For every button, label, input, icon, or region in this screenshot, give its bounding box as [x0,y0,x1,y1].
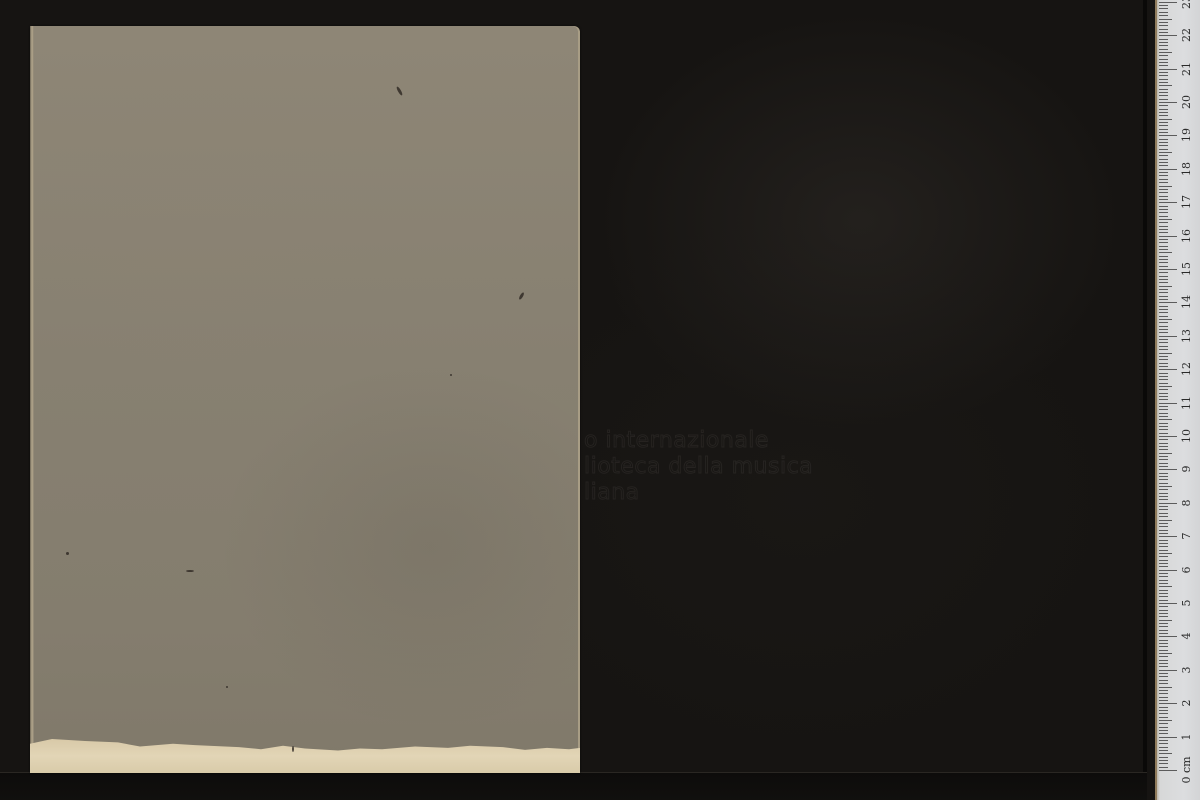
ruler-tick [1159,409,1168,410]
ruler-tick [1159,336,1177,337]
ruler-tick [1159,727,1168,728]
ruler-tick [1159,236,1177,237]
ruler-tick [1159,202,1177,203]
ruler-tick [1159,65,1168,66]
ruler-tick [1159,75,1168,76]
ruler-tick [1159,683,1168,684]
ruler-tick [1159,553,1172,554]
ruler-tick [1159,717,1168,718]
ruler-tick [1159,149,1168,150]
ruler-tick [1159,256,1168,257]
ruler-tick [1159,620,1172,621]
ruler-tick [1159,125,1168,126]
ruler-tick [1159,122,1168,123]
ruler-tick [1159,322,1168,323]
ruler-label: 16 [1181,224,1193,248]
ruler-tick [1159,516,1168,517]
ruler-tick [1159,169,1177,170]
ruler-tick [1159,342,1168,343]
ruler-tick [1159,439,1168,440]
ruler-tick [1159,212,1168,213]
ruler-tick [1159,663,1168,664]
ruler-tick [1159,770,1177,771]
ruler-tick [1159,643,1168,644]
ruler-label: 18 [1181,157,1193,181]
ruler-tick [1159,266,1168,267]
ruler-tick [1159,296,1168,297]
ruler-tick [1159,550,1168,551]
ruler-tick [1159,697,1168,698]
ruler-tick [1159,623,1168,624]
ruler-tick [1159,666,1168,667]
ruler-tick [1159,613,1168,614]
ruler-tick [1159,72,1168,73]
ruler-tick [1159,757,1168,758]
ruler-tick [1159,479,1168,480]
watermark-line-1: o internazionale [584,428,769,453]
ruler-tick [1159,383,1168,384]
ruler-tick [1159,145,1168,146]
ruler-tick [1159,513,1168,514]
ruler-tick [1159,503,1177,504]
ruler-tick [1159,610,1168,611]
ruler-tick [1159,286,1172,287]
ruler-tick [1159,540,1168,541]
ruler-tick [1159,743,1168,744]
ruler-tick [1159,489,1168,490]
ruler-tick [1159,59,1168,60]
ruler-tick [1159,142,1168,143]
watermark-line-3: liana [584,480,640,505]
ruler-label: 1 [1181,725,1193,749]
ruler-tick [1159,506,1168,507]
ruler-label: 0 cm [1181,750,1193,790]
ruler-tick [1159,35,1177,36]
ruler-tick [1159,459,1168,460]
ruler-tick [1159,329,1168,330]
ruler-tick [1159,356,1168,357]
ruler-label: 20 [1181,90,1193,114]
ruler-tick [1159,590,1168,591]
ruler-tick [1159,85,1172,86]
ruler-tick [1159,396,1168,397]
ruler-tick [1159,583,1168,584]
ruler-tick [1159,196,1168,197]
ruler-tick [1159,82,1168,83]
ruler-tick [1159,52,1172,53]
ruler-tick [1159,423,1168,424]
ruler-tick [1159,306,1168,307]
ruler-tick [1159,332,1168,333]
ruler-tick [1159,416,1168,417]
ruler-tick [1159,483,1168,484]
ruler-tick [1159,393,1168,394]
ruler-tick [1159,92,1168,93]
ruler-tick [1159,526,1168,527]
paper-fleck [292,746,294,752]
paper-sheet [30,26,580,773]
ruler-tick [1159,182,1168,183]
ruler-tick [1159,680,1168,681]
ruler-tick [1159,419,1172,420]
ruler-tick [1159,429,1168,430]
ruler-tick [1159,339,1168,340]
ruler-tick [1159,15,1168,16]
ruler-tick [1159,737,1177,738]
ruler-tick [1159,276,1168,277]
watermark: o internazionale lioteca della musica li… [584,428,813,506]
ruler-tick [1159,95,1168,96]
ruler-tick [1159,159,1168,160]
ruler-tick [1159,406,1168,407]
ruler-tick [1159,162,1168,163]
ruler-tick [1159,740,1168,741]
ruler-tick [1159,747,1168,748]
ruler-tick [1159,463,1168,464]
ruler-label: 23 [1181,0,1193,14]
ruler-tick [1159,690,1168,691]
ruler-tick [1159,206,1168,207]
ruler-tick [1159,730,1168,731]
ruler-tick [1159,229,1168,230]
ruler-tick [1159,560,1168,561]
ruler-tick [1159,707,1168,708]
ruler-label: 14 [1181,290,1193,314]
ruler-tick [1159,216,1168,217]
ruler-tick [1159,232,1168,233]
paper-fleck [226,686,228,688]
ruler-label: 4 [1181,624,1193,648]
ruler-tick [1159,720,1172,721]
ruler-tick [1159,673,1168,674]
ruler-tick [1159,449,1168,450]
ruler-tick [1159,413,1168,414]
ruler-tick [1159,570,1177,571]
paper-fleck [450,374,452,376]
ruler-tick [1159,119,1172,120]
ruler-label: 7 [1181,524,1193,548]
ruler-tick [1159,476,1168,477]
ruler-tick [1159,600,1168,601]
ruler-tick [1159,713,1168,714]
ruler-tick [1159,523,1168,524]
ruler-tick [1159,282,1168,283]
ruler-tick [1159,12,1168,13]
ruler-tick [1159,566,1168,567]
paper-bottom-cream-strip [30,739,580,773]
ruler-tick [1159,767,1168,768]
ruler-label: 10 [1181,424,1193,448]
ruler-tick [1159,636,1177,637]
ruler-tick [1159,199,1168,200]
ruler-tick [1159,576,1168,577]
ruler-tick [1159,533,1168,534]
ruler-tick [1159,640,1168,641]
ruler-label: 19 [1181,123,1193,147]
ruler-tick [1159,189,1168,190]
ruler-tick [1159,723,1168,724]
ruler-tick [1159,606,1168,607]
frame-edge-bottom [0,772,1147,800]
ruler-tick [1159,269,1177,270]
ruler-label: 15 [1181,257,1193,281]
ruler-tick [1159,536,1177,537]
ruler-tick [1159,8,1168,9]
ruler-tick [1159,109,1168,110]
ruler-tick [1159,556,1168,557]
ruler-label: 12 [1181,357,1193,381]
ruler-tick [1159,299,1168,300]
ruler-label: 11 [1181,391,1193,415]
paper-fleck [396,86,404,96]
ruler-tick [1159,446,1168,447]
ruler-tick [1159,302,1177,303]
ruler-tick [1159,676,1168,677]
ruler-tick [1159,466,1168,467]
ruler-tick [1159,703,1177,704]
ruler-tick [1159,319,1172,320]
ruler-tick [1159,135,1177,136]
ruler-tick [1159,19,1172,20]
ruler-tick [1159,316,1168,317]
ruler-tick [1159,79,1168,80]
ruler-tick [1159,750,1168,751]
ruler-tick [1159,115,1168,116]
frame-edge-right [1143,0,1147,775]
ruler-tick [1159,486,1172,487]
ruler-tick [1159,687,1172,688]
ruler-tick [1159,292,1168,293]
ruler-tick [1159,509,1168,510]
ruler-label: 8 [1181,491,1193,515]
ruler-tick [1159,262,1168,263]
ruler-tick [1159,760,1168,761]
ruler-tick [1159,259,1168,260]
ruler-tick [1159,386,1172,387]
ruler-tick [1159,346,1168,347]
ruler-tick [1159,242,1168,243]
ruler-tick [1159,89,1168,90]
ruler-tick [1159,453,1172,454]
ruler-tick [1159,763,1168,764]
paper-fleck [66,552,69,555]
centimetre-ruler: 0 cm123456789101112131415161718192021222… [1155,0,1200,800]
ruler-label: 2 [1181,691,1193,715]
ruler-tick [1159,249,1168,250]
ruler-tick [1159,650,1168,651]
ruler-tick [1159,633,1168,634]
ruler-tick [1159,165,1168,166]
paper-fleck [186,570,194,572]
ruler-tick [1159,693,1168,694]
ruler-tick [1159,272,1168,273]
ruler-tick [1159,29,1168,30]
ruler-label: 9 [1181,457,1193,481]
ruler-tick [1159,49,1168,50]
ruler-tick [1159,753,1172,754]
ruler-tick [1159,42,1168,43]
ruler-tick [1159,172,1168,173]
ruler-tick [1159,653,1172,654]
ruler-tick [1159,179,1168,180]
ruler-tick [1159,239,1168,240]
ruler-tick [1159,246,1168,247]
ruler-tick [1159,192,1168,193]
ruler-label: 22 [1181,23,1193,47]
ruler-tick [1159,630,1168,631]
ruler-tick [1159,373,1168,374]
ruler-tick [1159,473,1168,474]
ruler-tick [1159,55,1168,56]
ruler-tick [1159,369,1177,370]
ruler-tick [1159,520,1172,521]
ruler-tick [1159,25,1168,26]
watermark-line-2: lioteca della musica [584,454,813,479]
ruler-tick [1159,399,1168,400]
ruler-tick [1159,646,1168,647]
ruler-tick [1159,656,1168,657]
ruler-tick [1159,222,1168,223]
ruler-tick [1159,139,1168,140]
ruler-tick [1159,312,1168,313]
ruler-tick [1159,226,1168,227]
ruler-tick [1159,710,1168,711]
ruler-tick [1159,326,1168,327]
ruler-label: 3 [1181,658,1193,682]
paper-fleck [518,292,525,300]
ruler-tick [1159,366,1168,367]
ruler-tick [1159,129,1168,130]
ruler-tick [1159,596,1168,597]
ruler-tick [1159,69,1177,70]
ruler-tick [1159,660,1168,661]
ruler-tick [1159,563,1168,564]
ruler-tick [1159,469,1177,470]
ruler-tick [1159,175,1168,176]
ruler-tick [1159,209,1168,210]
ruler-label: 17 [1181,190,1193,214]
ruler-tick [1159,359,1168,360]
ruler-tick [1159,616,1168,617]
ruler-tick [1159,580,1168,581]
ruler-tick [1159,456,1168,457]
ruler-tick [1159,5,1168,6]
ruler-tick [1159,279,1168,280]
ruler-tick [1159,219,1172,220]
ruler-tick [1159,733,1168,734]
ruler-label: 6 [1181,558,1193,582]
ruler-tick [1159,433,1168,434]
ruler-tick [1159,353,1172,354]
ruler-tick [1159,62,1168,63]
ruler-tick [1159,363,1168,364]
ruler-label: 5 [1181,591,1193,615]
ruler-tick [1159,379,1168,380]
paper-left-edge [30,26,34,773]
ruler-tick [1159,436,1177,437]
ruler-tick [1159,543,1168,544]
ruler-tick [1159,603,1177,604]
ruler-tick [1159,700,1168,701]
ruler-tick [1159,496,1168,497]
ruler-tick [1159,252,1172,253]
ruler-tick [1159,546,1168,547]
ruler-tick [1159,102,1177,103]
ruler-tick [1159,99,1168,100]
ruler-tick [1159,32,1168,33]
ruler-tick [1159,426,1168,427]
ruler-tick [1159,443,1168,444]
ruler-tick [1159,389,1168,390]
ruler-tick [1159,45,1168,46]
ruler-tick [1159,349,1168,350]
ruler-label: 21 [1181,57,1193,81]
ruler-tick [1159,586,1172,587]
ruler-tick [1159,670,1177,671]
ruler-tick [1159,112,1168,113]
ruler-tick [1159,530,1168,531]
ruler-tick [1159,22,1168,23]
ruler-tick [1159,626,1168,627]
ruler-label: 13 [1181,324,1193,348]
ruler-tick [1159,593,1168,594]
ruler-tick [1159,403,1177,404]
ruler-tick [1159,105,1168,106]
ruler-tick [1159,499,1168,500]
ruler-tick [1159,309,1168,310]
ruler-tick [1159,186,1172,187]
ruler-tick [1159,132,1168,133]
ruler-tick [1159,39,1168,40]
ruler-tick [1159,493,1168,494]
ruler-tick [1159,2,1177,3]
ruler-tick [1159,573,1168,574]
ruler-tick [1159,376,1168,377]
ruler-tick [1159,289,1168,290]
ruler-tick [1159,152,1172,153]
ruler-tick [1159,155,1168,156]
